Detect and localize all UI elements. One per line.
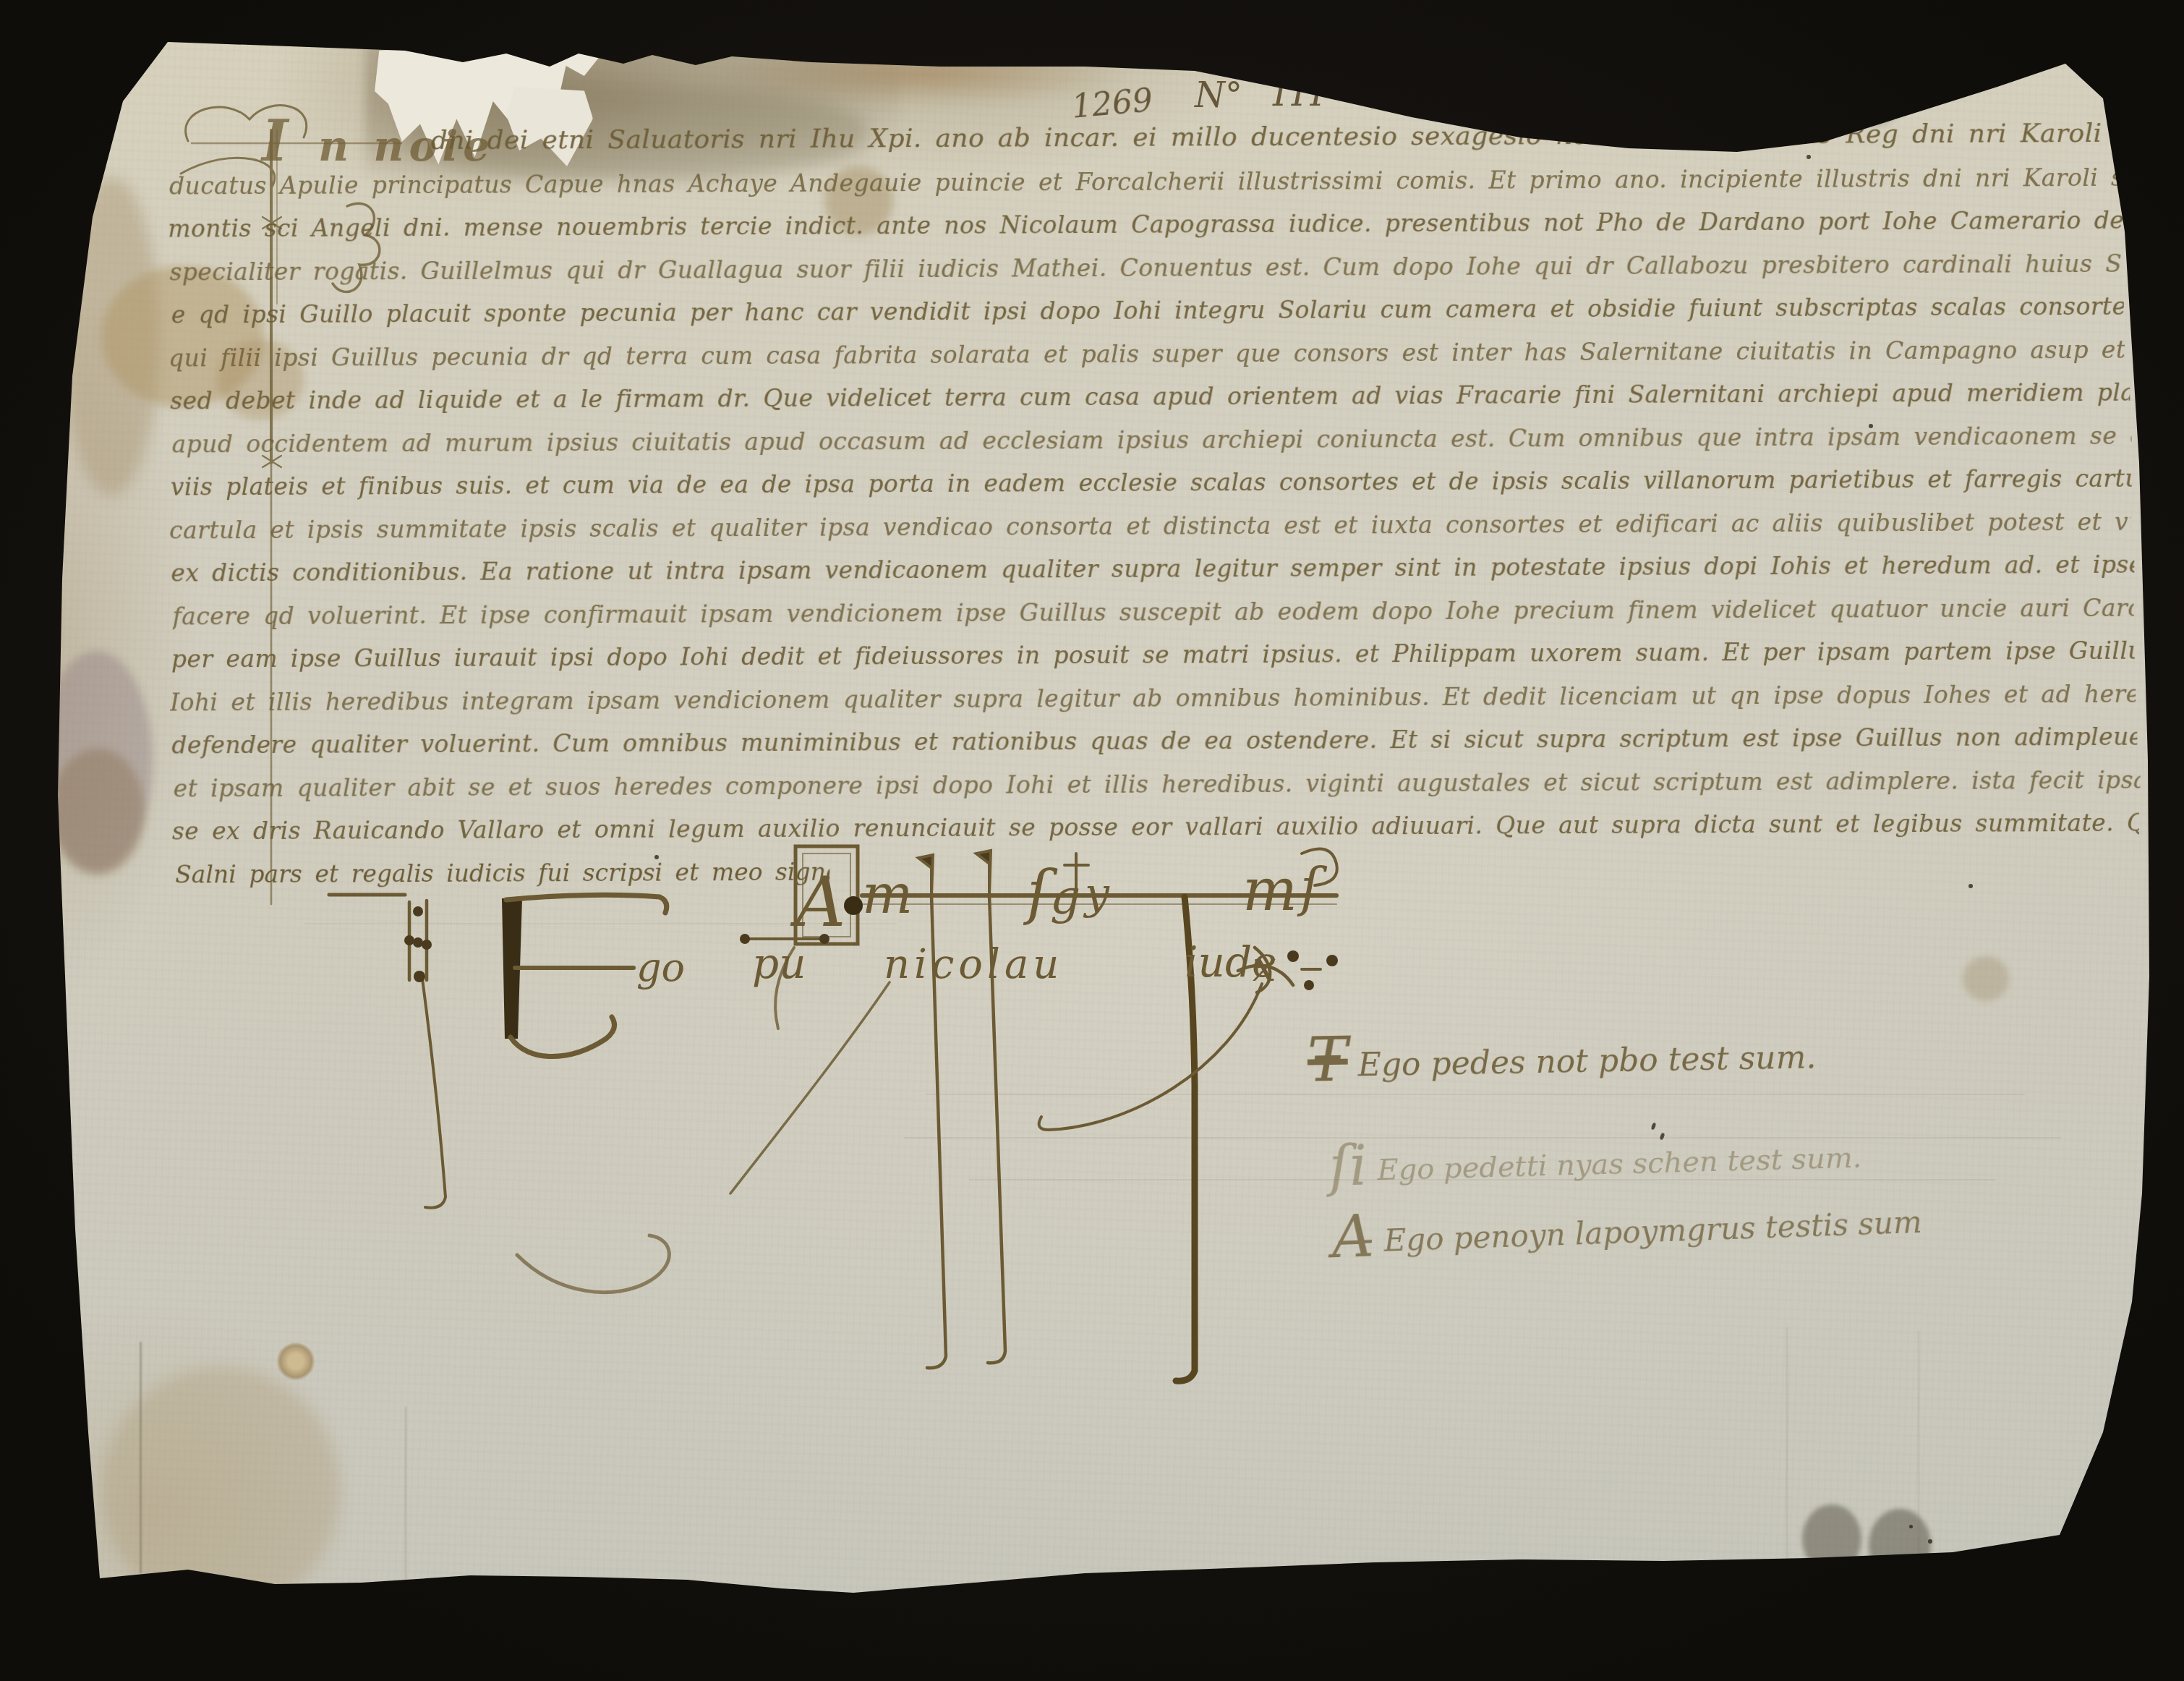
ink-speck — [1944, 87, 1950, 93]
text-line: facere qd voluerint. Et ipse confirmauit… — [173, 594, 2134, 631]
text-line: Iohi et illis heredibus integram ipsam v… — [170, 680, 2136, 717]
text-line: defendere qualiter voluerint. Cum omnibu… — [171, 723, 2137, 759]
text-line: e qd ipsi Guillo placuit sponte pecunia … — [171, 292, 2124, 329]
notary-word-pu: pu — [752, 939, 806, 988]
text-line: qui filii ipsi Guillus pecunia dr qd ter… — [169, 336, 2125, 373]
ink-speck — [1968, 884, 1973, 888]
ink-speck — [1928, 1539, 1932, 1544]
text-line: per eam ipse Guillus iurauit ipsi dopo I… — [171, 637, 2135, 673]
crossbar-glyph: m — [1242, 856, 1297, 924]
crossbar-glyph: m — [862, 864, 913, 926]
text-line: sed debet inde ad liquide et a le firmam… — [170, 378, 2130, 415]
monogram-letter: A — [790, 861, 845, 942]
notarial-sign: m ſ g y m ſ go pu nicolau iude x A — [275, 839, 1504, 1432]
witness-line: ŦEgo pedes not pbo test sum. — [1308, 1047, 1359, 1084]
ink-speck — [654, 855, 659, 859]
witness-line: A̶Ego penoyn lapoymgrus testis sum — [1331, 1223, 1384, 1260]
parchment-sheet: 1269 N° III n noie I dni dei etni Saluat… — [0, 0, 2184, 1681]
witness-paraph: A̶ — [1332, 1236, 1374, 1238]
text-line: viis plateis et finibus suis. et cum via… — [171, 464, 2132, 501]
ink-speck — [1909, 1525, 1913, 1528]
photo-of-parchment-charter: 1269 N° III n noie I dni dei etni Saluat… — [0, 0, 2184, 1681]
text-line: montis sci Angeli dni. mense nouembris t… — [168, 206, 2124, 243]
witness-paraph: Ŧ — [1308, 1060, 1348, 1060]
ink-speck — [1807, 155, 1811, 159]
crossbar-glyph: g — [1050, 869, 1080, 924]
notary-word-name: nicolau — [884, 941, 1063, 988]
text-line: cartula et ipsis summitate ipsis scalis … — [169, 508, 2130, 545]
ink-speck — [1869, 424, 1873, 428]
text-line: dni dei etni Saluatoris nri Ihu Xpi. ano… — [431, 119, 2123, 156]
crossbar-glyph: ſ — [1297, 857, 1328, 918]
stain-top-right-smudge — [1843, 67, 1905, 124]
witness-paraph: ſi — [1329, 1165, 1367, 1166]
text-line: ex dictis conditionibus. Ea ratione ut i… — [171, 550, 2134, 587]
text-line: specialiter rogatis. Guillelmus qui dr G… — [169, 250, 2122, 286]
witness-line: ſiEgo pedetti nyas schen test sum. — [1328, 1154, 1378, 1188]
notary-word-x: x — [1253, 942, 1276, 991]
text-line: ducatus Apulie principatus Capue hnas Ac… — [169, 163, 2122, 200]
notary-word-go: go — [636, 945, 685, 990]
crossbar-glyph: y — [1083, 869, 1110, 919]
text-line: apud occidentem ad murum ipsius ciuitati… — [172, 422, 2132, 459]
text-line: et ipsam qualiter abit se et suos herede… — [174, 766, 2141, 803]
